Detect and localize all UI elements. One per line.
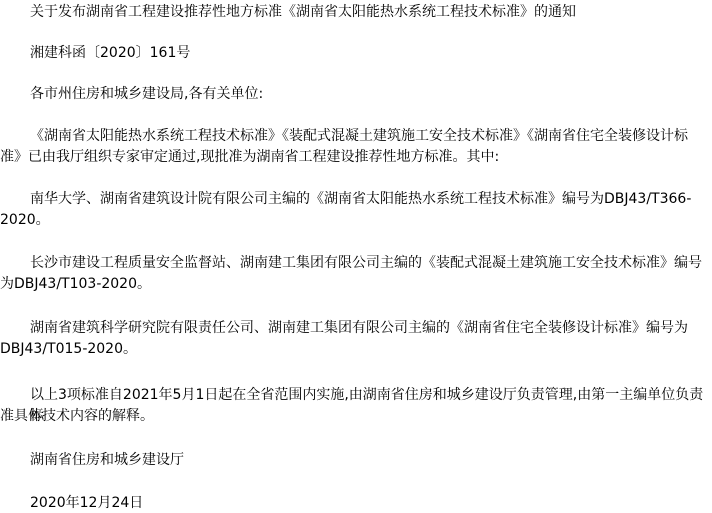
issue-date: 2020年12月24日	[30, 493, 708, 513]
intro-paragraph-line1: 《湖南省太阳能热水系统工程技术标准》《装配式混凝土建筑施工安全技术标准》《湖南省…	[30, 126, 708, 147]
notice-title: 关于发布湖南省工程建设推荐性地方标准《湖南省太阳能热水系统工程技术标准》的通知	[30, 2, 708, 23]
issuer: 湖南省住房和城乡建设厅	[30, 450, 708, 471]
implementation-line2: 准具体技术内容的解释。	[0, 406, 708, 427]
standard-3-line1: 湖南省建筑科学研究院有限责任公司、湖南建工集团有限公司主编的《湖南省住宅全装修设…	[30, 318, 708, 339]
salutation: 各市州住房和城乡建设局,各有关单位:	[30, 84, 708, 105]
standard-1-line2: 2020。	[0, 210, 708, 231]
standard-3-line2: DBJ43/T015-2020。	[0, 339, 708, 360]
standard-1-line1: 南华大学、湖南省建筑设计院有限公司主编的《湖南省太阳能热水系统工程技术标准》编号…	[30, 189, 708, 210]
standard-2-line2: 为DBJ43/T103-2020。	[0, 274, 708, 295]
intro-paragraph-line2: 准》已由我厅组织专家审定通过,现批准为湖南省工程建设推荐性地方标准。其中:	[0, 147, 708, 168]
standard-2-line1: 长沙市建设工程质量安全监督站、湖南建工集团有限公司主编的《装配式混凝土建筑施工安…	[30, 253, 708, 274]
document-number: 湘建科函〔2020〕161号	[30, 43, 708, 64]
